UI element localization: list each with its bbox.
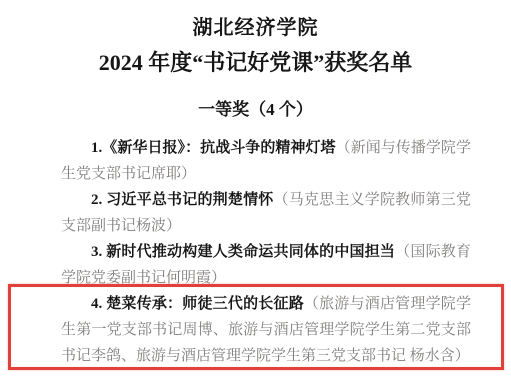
award-item: 3. 新时代推动构建人类命运共同体的中国担当（国际教育学院党委副书记何明霞） (61, 239, 471, 291)
award-item: 1.《新华日报》：抗战斗争的精神灯塔（新闻与传播学院学生党支部书记席耶） (61, 135, 471, 187)
award-item: 2. 习近平总书记的荆楚情怀（马克思主义学院教师第三党支部副书记杨波） (61, 187, 471, 239)
award-entry-title: 3. 新时代推动构建人类命运共同体的中国担当 (91, 244, 395, 260)
award-entry-title: 1.《新华日报》：抗战斗争的精神灯塔 (91, 140, 336, 156)
document-title: 湖北经济学院 (0, 0, 511, 42)
award-list: 1.《新华日报》：抗战斗争的精神灯塔（新闻与传播学院学生党支部书记席耶）2. 习… (61, 135, 471, 369)
document-page: 湖北经济学院 2024 年度“书记好党课”获奖名单 一等奖（4 个） 1.《新华… (0, 0, 511, 378)
award-entry-title: 4. 楚菜传承：师徒三代的长征路 (91, 296, 304, 312)
award-item: 4. 楚菜传承：师徒三代的长征路（旅游与酒店管理学院学生第一党支部书记周博、旅游… (61, 291, 471, 369)
award-entry-title: 2. 习近平总书记的荆楚情怀 (91, 192, 274, 208)
section-heading-first-prize: 一等奖（4 个） (0, 97, 511, 123)
document-subtitle: 2024 年度“书记好党课”获奖名单 (0, 48, 511, 78)
